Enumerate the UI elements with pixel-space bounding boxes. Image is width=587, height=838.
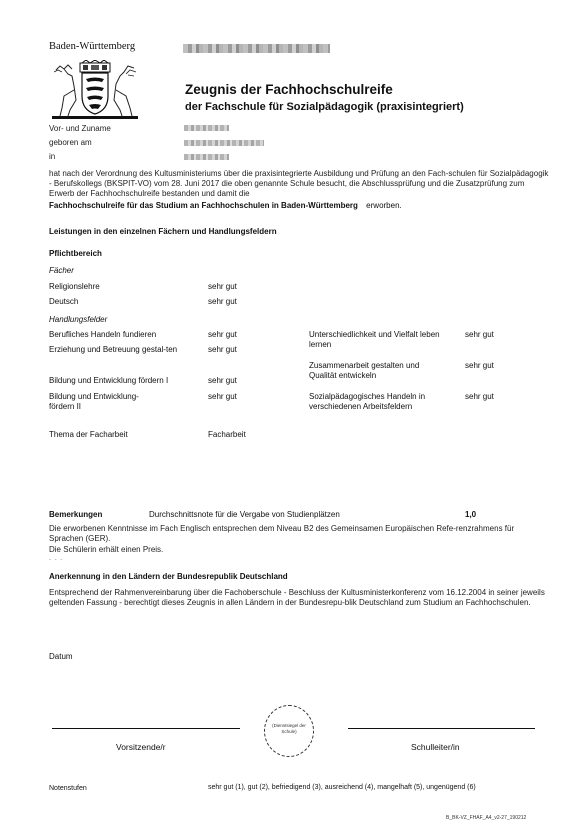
average-label: Durchschnittsnote für die Vergabe von St… bbox=[149, 510, 340, 519]
remarks-label: Bemerkungen bbox=[49, 510, 102, 519]
subject-grade: sehr gut bbox=[208, 282, 237, 291]
subject-name: Deutsch bbox=[49, 297, 78, 306]
field-name: Zusammenarbeit gestalten und Qualität en… bbox=[309, 361, 444, 381]
thesis-label: Thema der Facharbeit bbox=[49, 430, 128, 439]
intro-paragraph: hat nach der Verordnung des Kultusminist… bbox=[49, 169, 549, 199]
field-grade: sehr gut bbox=[465, 392, 494, 401]
field-grade: sehr gut bbox=[208, 376, 237, 385]
subject-name: Religionslehre bbox=[49, 282, 100, 291]
document-title: Zeugnis der Fachhochschulreife bbox=[185, 82, 393, 97]
field-name: Sozialpädagogisches Handeln in verschied… bbox=[309, 392, 449, 412]
birth-label: geboren am bbox=[49, 138, 92, 147]
birth-value-redacted bbox=[184, 140, 264, 146]
name-value-redacted bbox=[184, 125, 229, 131]
qualification-line: Fachhochschulreife für das Studium an Fa… bbox=[49, 201, 402, 210]
remarks-english: Die erworbenen Kenntnisse im Fach Englis… bbox=[49, 524, 549, 544]
document-subtitle: der Fachschule für Sozialpädagogik (prax… bbox=[185, 101, 464, 113]
field-grade: sehr gut bbox=[465, 361, 494, 370]
fields-title: Handlungsfelder bbox=[49, 315, 107, 324]
subject-grade: sehr gut bbox=[208, 297, 237, 306]
field-name: Bildung und Entwicklung fördern I bbox=[49, 376, 168, 385]
recognition-text: Entsprechend der Rahmenvereinbarung über… bbox=[49, 588, 549, 608]
recognition-title: Anerkennung in den Ländern der Bundesrep… bbox=[49, 572, 288, 581]
place-label: in bbox=[49, 152, 55, 161]
chair-signature-label: Vorsitzende/r bbox=[116, 742, 166, 752]
field-grade: sehr gut bbox=[465, 330, 494, 339]
state-name: Baden-Württemberg bbox=[49, 41, 135, 52]
remarks-prize: Die Schülerin erhält einen Preis. bbox=[49, 545, 163, 554]
date-label: Datum bbox=[49, 652, 73, 661]
field-name: Bildung und Entwicklung-fördern II bbox=[49, 392, 159, 412]
qualification-suffix: erworben. bbox=[366, 201, 402, 210]
area-title: Pflichtbereich bbox=[49, 249, 102, 258]
grade-scale-text: sehr gut (1), gut (2), befriedigend (3),… bbox=[208, 784, 476, 791]
field-name: Unterschiedlichkeit und Vielfalt leben l… bbox=[309, 330, 449, 350]
place-value-redacted bbox=[184, 154, 229, 160]
subjects-title: Fächer bbox=[49, 266, 74, 275]
form-code: B_BK-VZ_FHAF_A4_v2-27_190212 bbox=[446, 815, 526, 821]
field-name: Berufliches Handeln fundieren bbox=[49, 330, 156, 339]
average-value: 1,0 bbox=[465, 510, 476, 519]
seal-text: (Dienstsiegel der Schule) bbox=[265, 723, 313, 735]
grades-section-title: Leistungen in den einzelnen Fächern und … bbox=[49, 227, 277, 236]
remarks-dashes: - - - bbox=[49, 557, 63, 563]
signature-line-right bbox=[348, 728, 535, 729]
field-grade: sehr gut bbox=[208, 392, 237, 401]
school-seal-placeholder: (Dienstsiegel der Schule) bbox=[264, 705, 314, 757]
signature-line-left bbox=[52, 728, 240, 729]
baden-wuerttemberg-coat-of-arms-icon bbox=[50, 60, 140, 120]
principal-signature-label: Schulleiter/in bbox=[411, 742, 460, 752]
field-grade: sehr gut bbox=[208, 345, 237, 354]
qualification: Fachhochschulreife für das Studium an Fa… bbox=[49, 201, 358, 210]
name-label: Vor- und Zuname bbox=[49, 124, 111, 133]
field-grade: sehr gut bbox=[208, 330, 237, 339]
grade-scale-label: Notenstufen bbox=[49, 785, 87, 792]
thesis-value: Facharbeit bbox=[208, 430, 246, 439]
school-name-redacted bbox=[183, 44, 330, 53]
field-name: Erziehung und Betreuung gestal-ten bbox=[49, 345, 199, 355]
